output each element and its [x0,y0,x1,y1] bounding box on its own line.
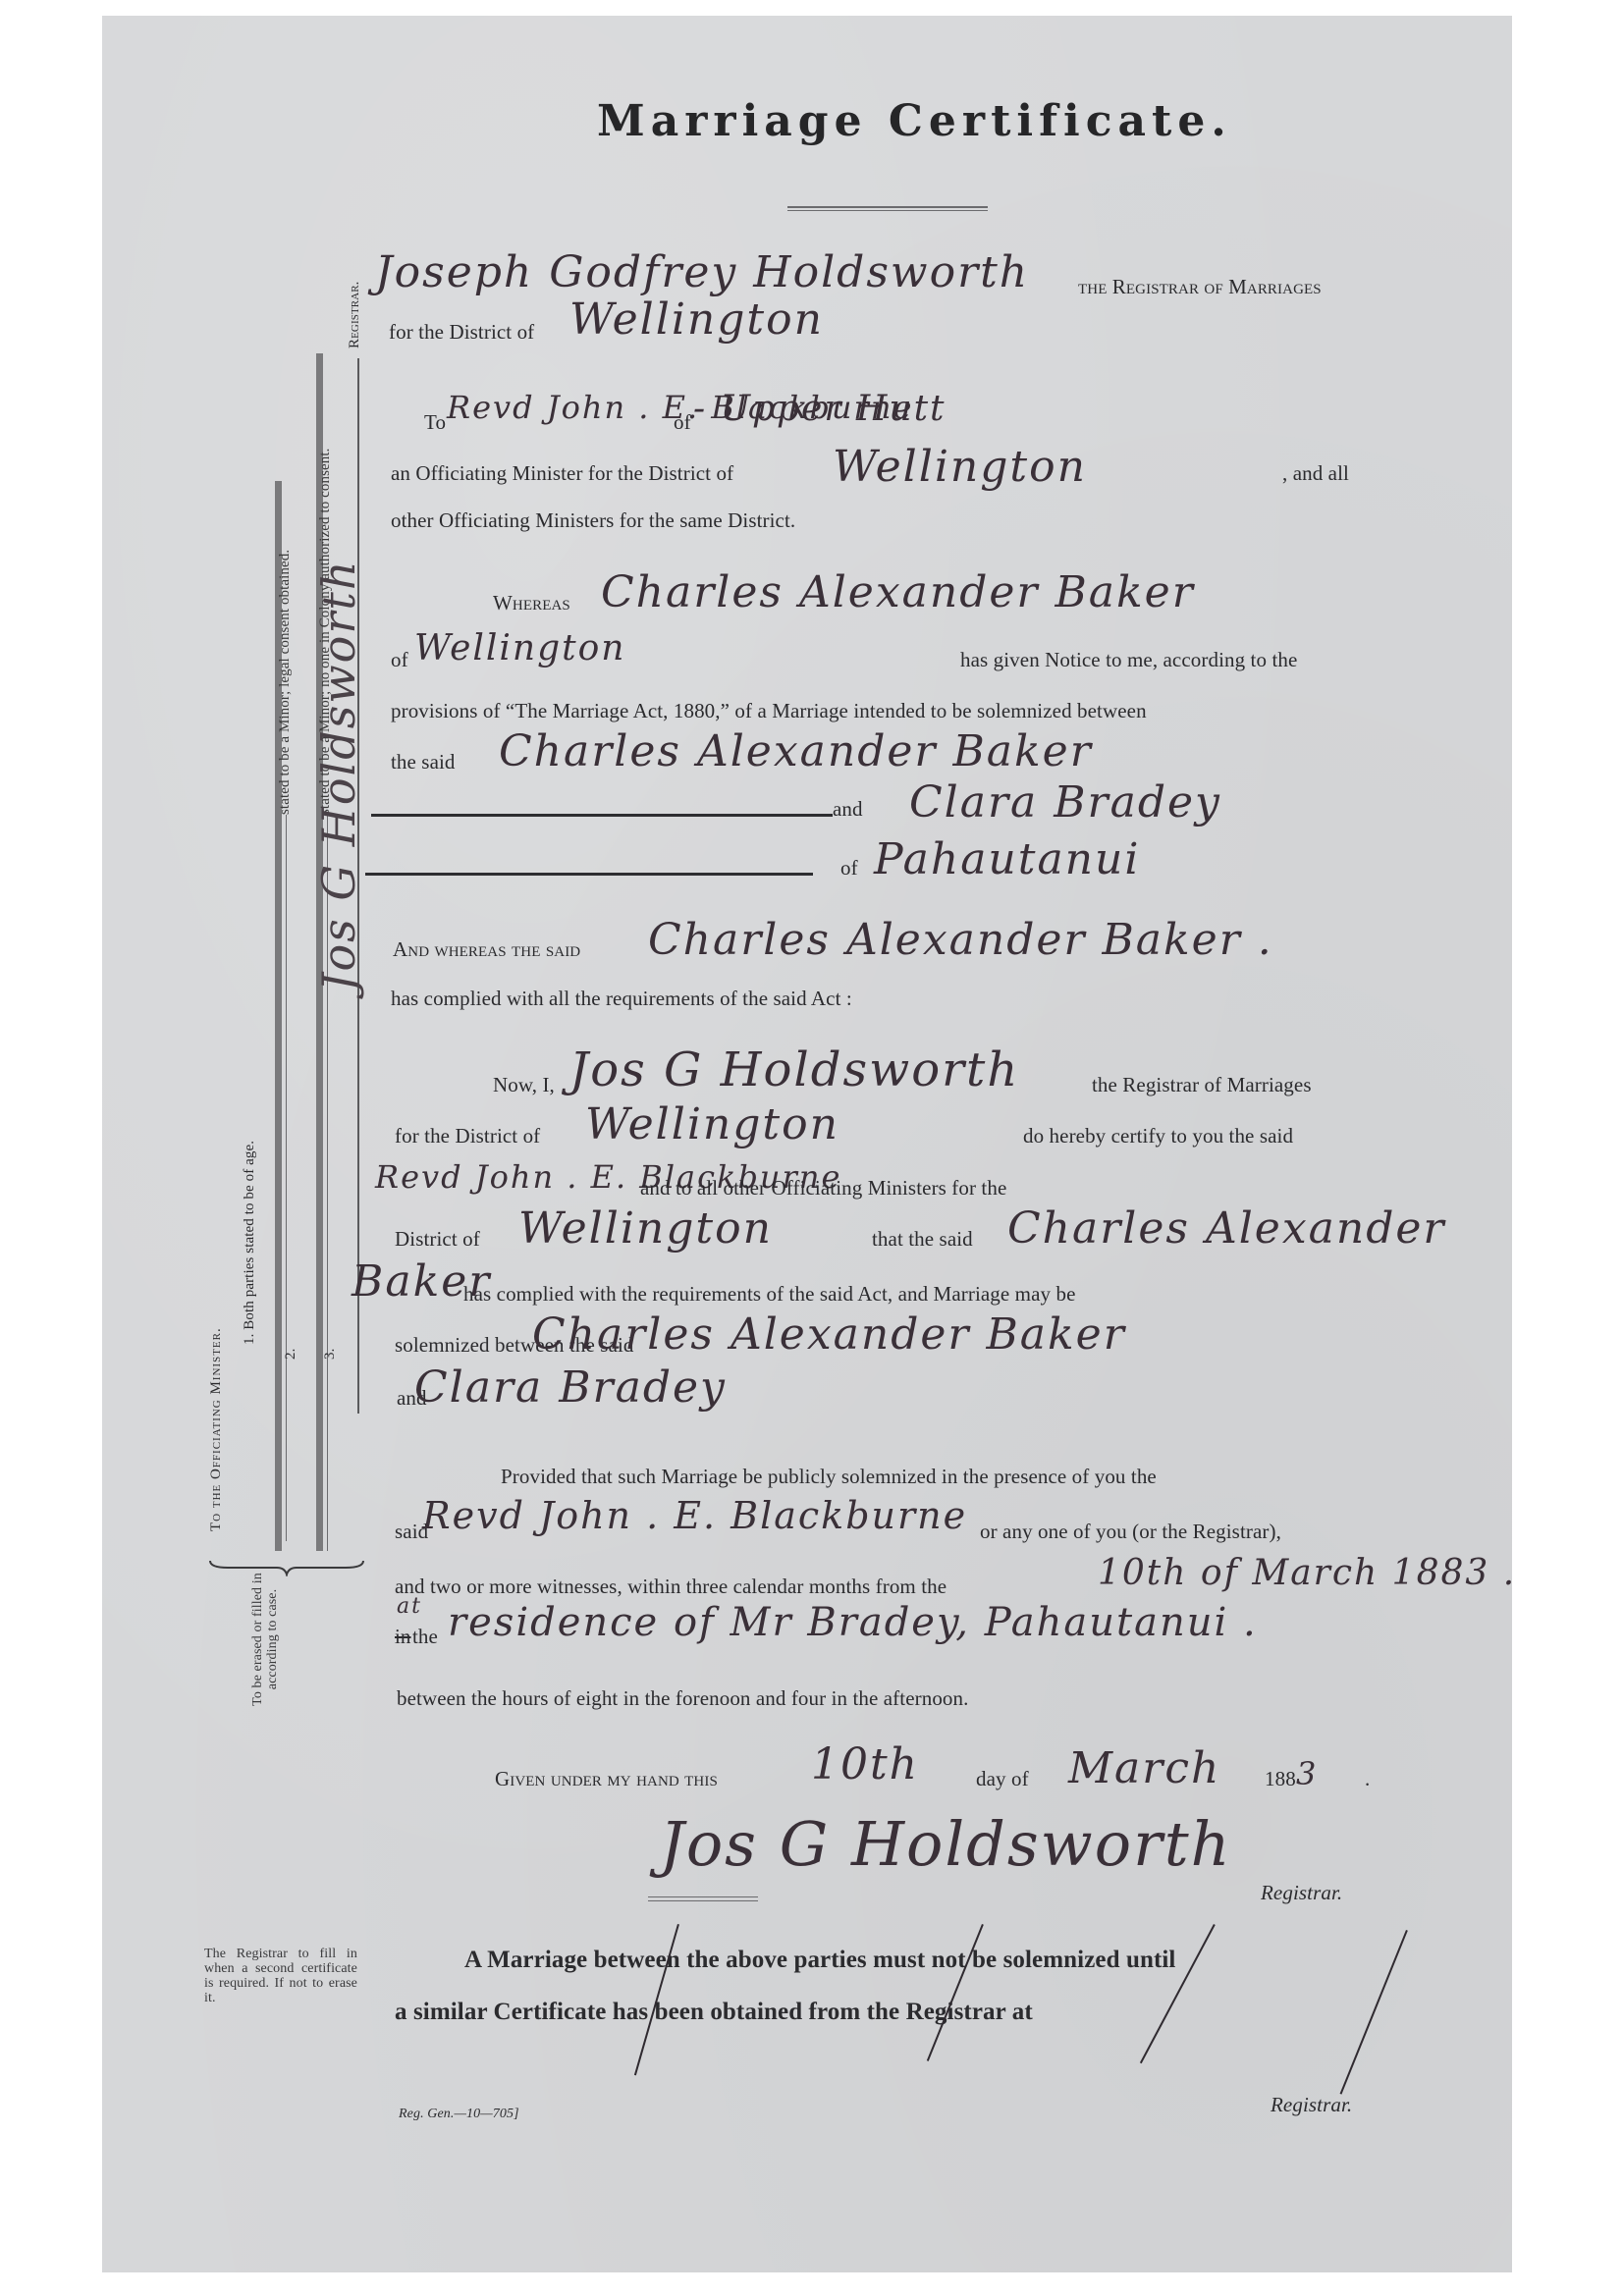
registrar-district: Wellington [569,294,824,345]
minister-name-3: Revd John . E. Blackburne [422,1494,967,1537]
party2-place: Pahautanui [874,834,1140,884]
provided-text: Provided that such Marriage be publicly … [501,1465,1157,1489]
party1-name-2: Charles Alexander Baker [499,726,1093,776]
for-district-of-text: for the District of [389,320,534,345]
for-district-of-text-2: for the District of [395,1124,540,1148]
title-rule-bottom [787,210,988,211]
signature-rule-bottom [648,1900,758,1901]
margin-second-certificate-note: The Registrar to fill in when a second c… [204,1947,357,2005]
margin-item3-number: 3. [322,1349,339,1360]
venue: residence of Mr Bradey, Pahautanui . [448,1600,1258,1645]
now-i-text: Now, I, [493,1073,555,1097]
party2-name-2: Clara Bradey [414,1362,727,1413]
minister-place: - Upper Hutt [693,389,947,429]
document-title: Marriage Certificate. [597,96,1232,146]
given-notice-text: has given Notice to me, according to the [960,648,1297,672]
registrar-name: Joseph Godfrey Holdsworth [375,247,1029,297]
between-hours-text: between the hours of eight in the foreno… [397,1686,968,1711]
year-handwritten: 3 [1296,1755,1318,1792]
margin-thin-1 [286,815,287,1541]
margin-signature: Jos G Holdsworth [312,560,365,991]
registrar-signature: Jos G Holdsworth [660,1808,1232,1880]
complied-requirements-text: has complied with the requirements of th… [463,1282,1076,1307]
minister-district: Wellington [833,442,1087,492]
year-period: . [1365,1767,1370,1791]
margin-brace-icon [208,1559,365,1576]
to-label: To [424,410,446,435]
margin-item2-number: 2. [283,1349,299,1360]
blank-line-1 [371,814,833,817]
given-day: 10th [811,1739,919,1789]
and-whereas-text: And whereas the said [393,937,580,962]
year-printed: 188 [1265,1767,1296,1791]
registrar-of-marriages-text-2: the Registrar of Marriages [1092,1073,1312,1097]
registrar-signature-label-2: Registrar. [1271,2093,1352,2117]
and-to-all-text: and to all other Officiating Ministers f… [640,1176,1006,1201]
of-label-2: of [391,648,408,672]
and-label: and [833,797,863,822]
margin-to-minister-label: To the Officiating Minister. [208,1327,225,1531]
party2-name: Clara Bradey [909,777,1221,828]
party1-place: Wellington [414,628,625,668]
title-rule-top [787,206,988,208]
from-date: 10th of March 1883 . [1098,1553,1516,1593]
party1-name: Charles Alexander Baker [601,567,1195,617]
that-the-said-text: that the said [872,1227,973,1252]
blank-line-2 [365,873,813,876]
warning-line-2: a similar Certificate has been obtained … [395,1999,1033,2026]
of-label-3: of [840,856,858,881]
in-struck-text: in [395,1625,411,1649]
and-all-text: , and all [1282,461,1349,486]
do-hereby-text: do hereby certify to you the said [1023,1124,1293,1148]
certified-district-2: Wellington [518,1203,773,1254]
margin-erase-note: To be erased or filled in according to c… [250,1566,280,1713]
or-any-one-text: or any one of you (or the Registrar), [980,1520,1281,1544]
day-of-text: day of [976,1767,1029,1791]
party1-name-4: Charles Alexander [1007,1203,1445,1254]
form-code: Reg. Gen.—10—705] [399,2107,519,2122]
signature-rule-top [648,1896,758,1897]
party1-name-3: Charles Alexander Baker . [648,915,1273,965]
margin-item1: 1. Both parties stated to be of age. [242,1141,258,1345]
two-or-more-text: and two or more witnesses, within three … [395,1575,947,1599]
has-complied-text: has complied with all the requirements o… [391,987,852,1011]
whereas-label: Whereas [493,591,570,615]
given-under-text: Given under my hand this [495,1767,718,1791]
of-label: of [674,410,691,435]
given-month: March [1068,1743,1220,1793]
margin-item2-text: stated to be a Minor; legal consent obta… [277,550,294,815]
party1-name-5: Charles Alexander Baker [532,1309,1126,1360]
provisions-text: provisions of “The Marriage Act, 1880,” … [391,699,1147,723]
the-text: the [412,1625,438,1649]
certified-district: Wellington [585,1099,839,1149]
registrar-signature-label: Registrar. [1261,1881,1342,1905]
registrar-of-marriages-text: the Registrar of Marriages [1078,275,1322,299]
officiating-minister-text: an Officiating Minister for the District… [391,461,733,486]
warning-line-1: A Marriage between the above parties mus… [464,1947,1175,1974]
margin-registrar-label: Registrar. [347,281,363,348]
district-of-text: District of [395,1227,480,1252]
registrar-short-name: Jos G Holdsworth [569,1042,1019,1097]
at-correction: at [397,1594,422,1619]
other-ministers-text: other Officiating Ministers for the same… [391,508,795,533]
the-said-text: the said [391,750,456,774]
